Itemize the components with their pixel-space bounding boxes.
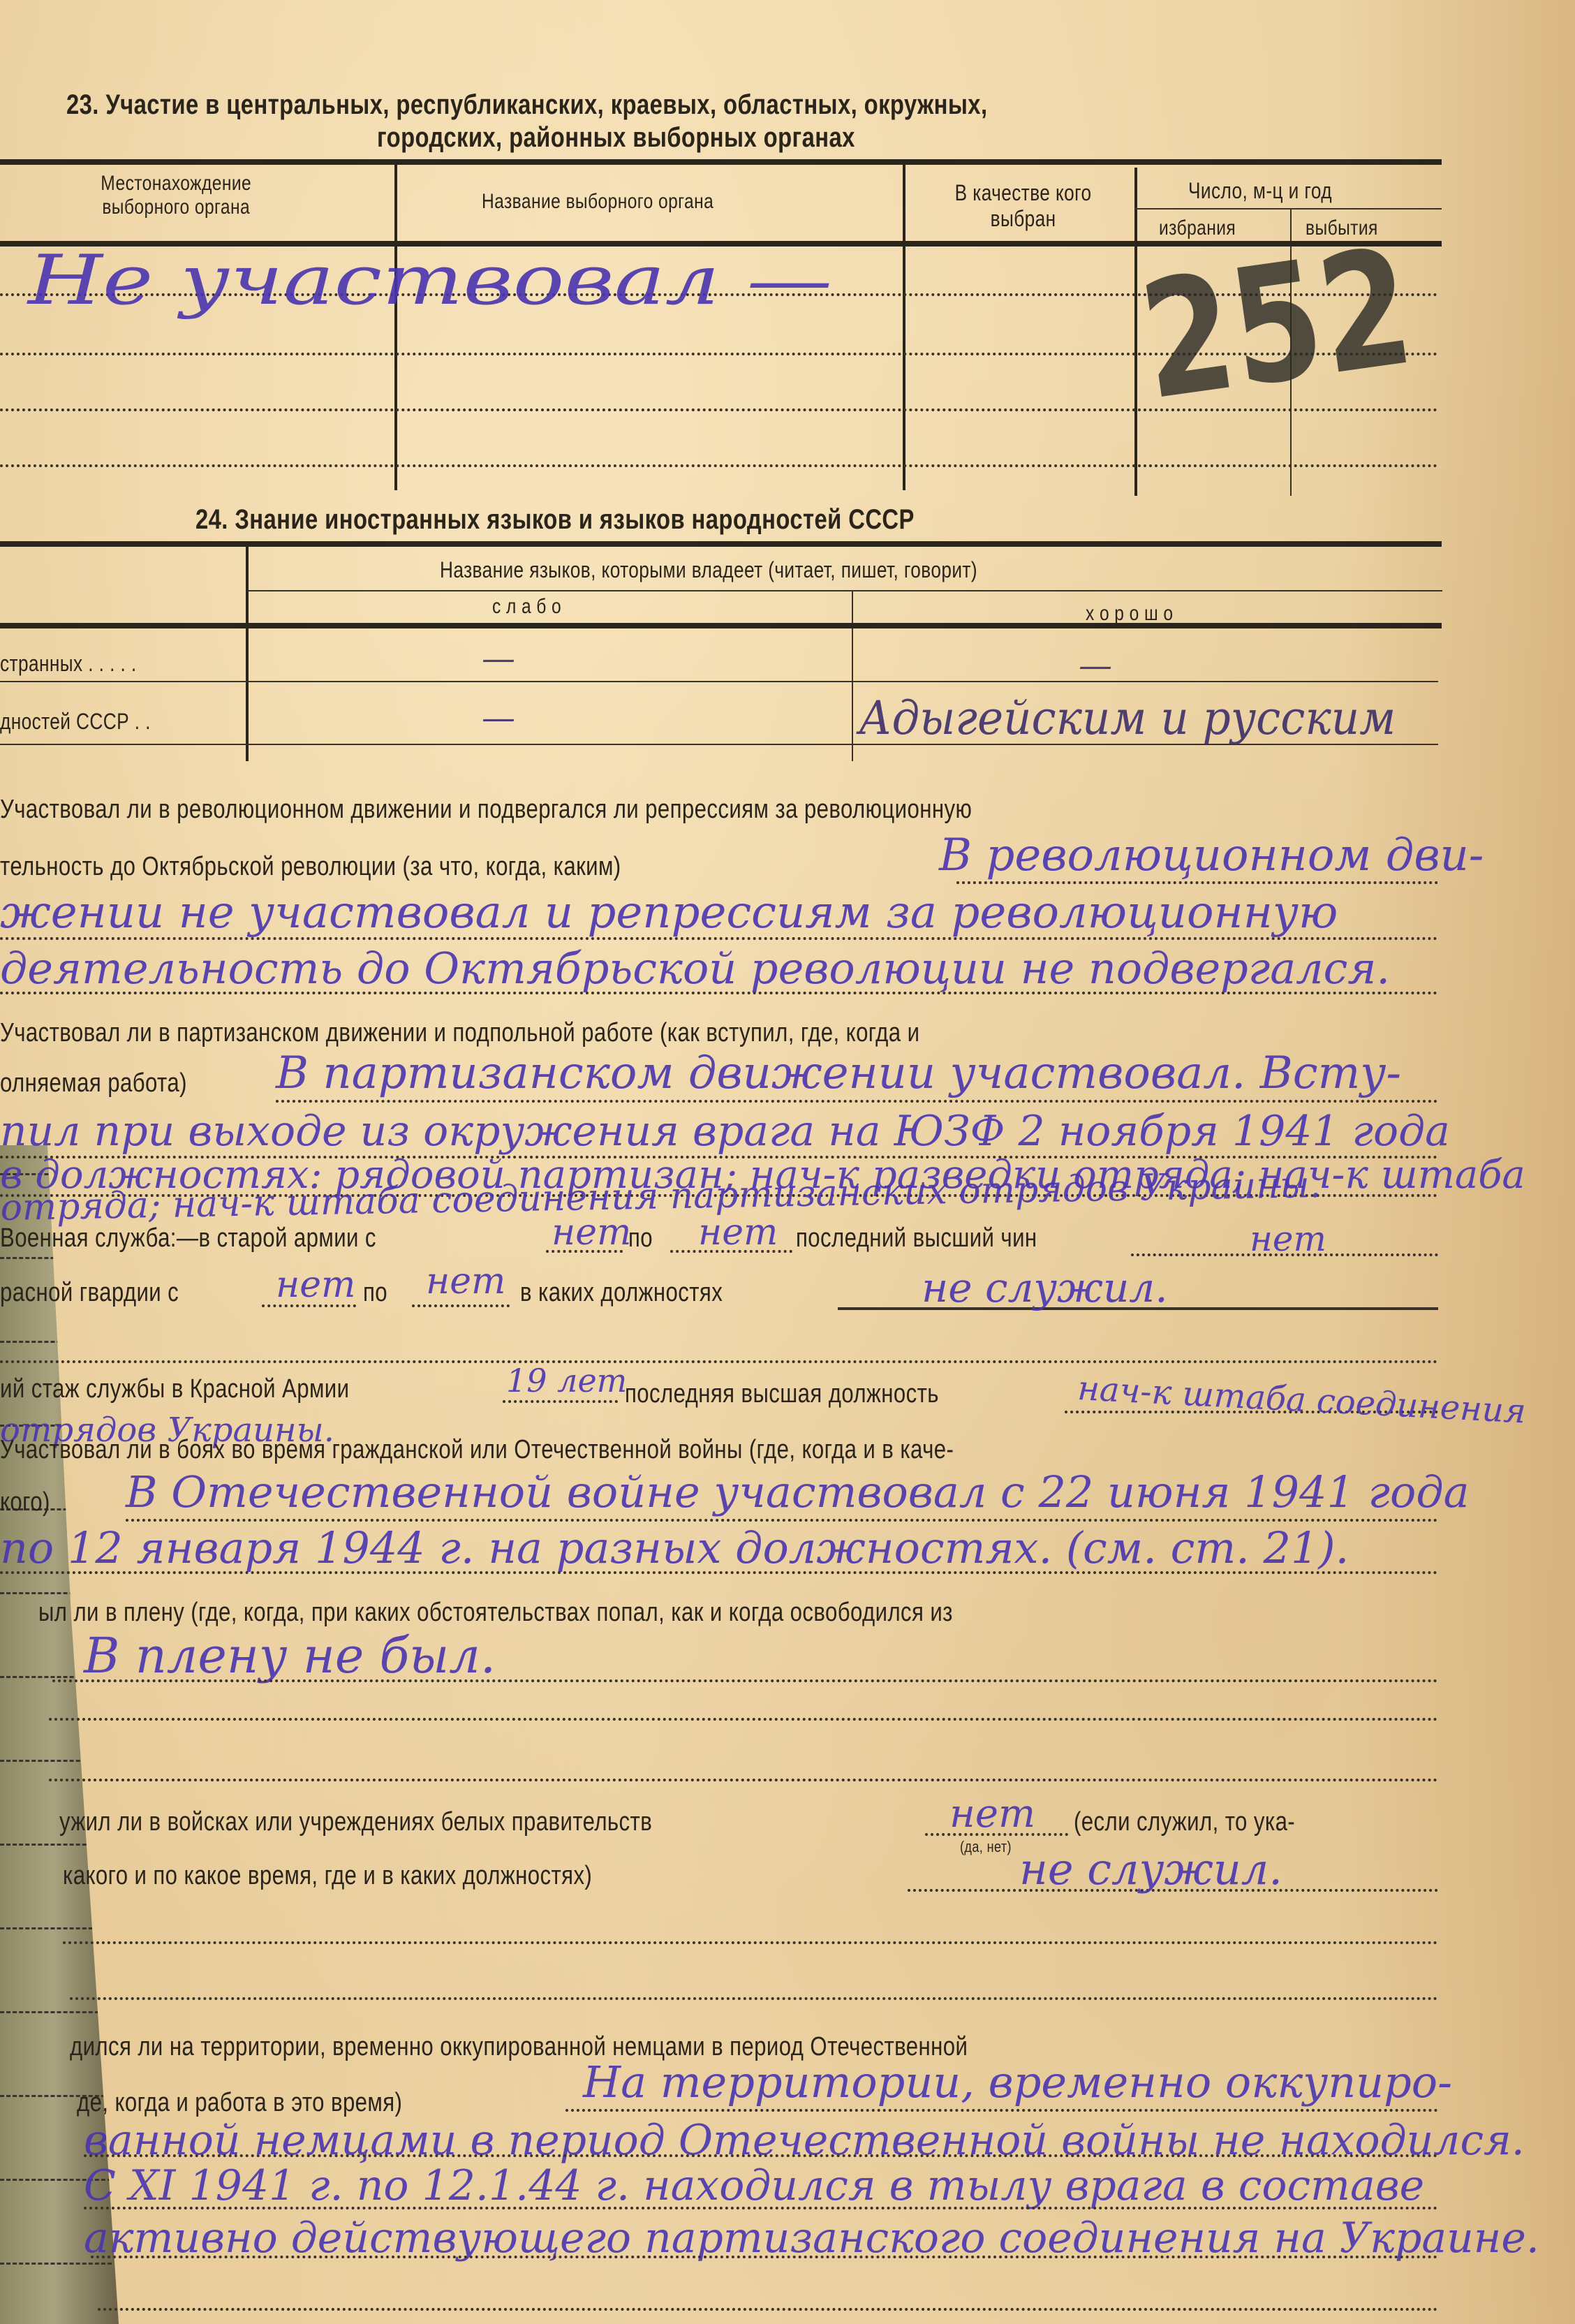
answer-line bbox=[98, 2308, 1438, 2311]
q-white-line1-end: (если служил, то ука- bbox=[1074, 1807, 1295, 1837]
q-partisan-line2: олняемая работа) bbox=[0, 1068, 187, 1098]
table23-date-divider bbox=[1134, 208, 1442, 209]
q-red-guard-positions-label: в каких должностях bbox=[520, 1278, 723, 1308]
answer-line bbox=[91, 2256, 1438, 2258]
q-revolution-answer-3: деятельность до Октябрьской революции не… bbox=[0, 943, 1390, 994]
answer-line bbox=[52, 1679, 1438, 1682]
q-war-line1: Участвовал ли в боях во время гражданско… bbox=[0, 1435, 954, 1465]
q-war-line2: кого) bbox=[0, 1487, 50, 1517]
q-war-answer-2: по 12 января 1944 г. на разных должностя… bbox=[0, 1522, 1349, 1573]
table23-row-line bbox=[0, 464, 1438, 467]
q-white-answer: не служил. bbox=[1019, 1844, 1282, 1895]
section-23-title: 23. Участие в центральных, республиканск… bbox=[66, 89, 987, 121]
section-23-answer: Не участвовал — bbox=[28, 241, 832, 321]
answer-line bbox=[276, 1100, 1438, 1103]
q-partisan-answer-1: В партизанском движении участвовал. Всту… bbox=[276, 1047, 1401, 1099]
q-revolution-line2: тельность до Октябрьской революции (за ч… bbox=[0, 852, 621, 882]
col-header-location: Местонахождениевыборного органа bbox=[56, 172, 296, 219]
section-23-title-cont: городских, районных выборных органах bbox=[377, 122, 855, 154]
lang-row-label-foreign: странных . . . . . bbox=[0, 651, 137, 677]
q-red-guard-to-value: нет bbox=[426, 1260, 505, 1302]
col-header-name: Название выборного органа bbox=[482, 190, 713, 214]
table23-top-rule bbox=[0, 159, 1442, 165]
col-header-role: В качестве коговыбран bbox=[920, 180, 1126, 232]
q-military-from-value: нет bbox=[552, 1212, 631, 1253]
lang-row-foreign-good: — bbox=[1079, 646, 1112, 685]
answer-line bbox=[565, 2109, 1438, 2112]
answer-line bbox=[84, 2207, 1438, 2209]
q-partisan-line1: Участвовал ли в партизанском движении и … bbox=[0, 1018, 919, 1048]
q-partisan-answer-2: пил при выходе из окружения врага на ЮЗФ… bbox=[0, 1107, 1450, 1156]
q-red-army-label: ий стаж службы в Красной Армии bbox=[0, 1374, 349, 1404]
q-military-rank-value: нет bbox=[1250, 1219, 1326, 1259]
q-military-label: Военная служба:—в старой армии с bbox=[0, 1223, 376, 1253]
table24-header: Название языков, которыми владеет (читае… bbox=[440, 557, 977, 583]
col-header-weak: с л а б о bbox=[492, 595, 561, 619]
q-red-army-position-label: последняя высшая должность bbox=[625, 1379, 939, 1409]
field-line bbox=[503, 1400, 618, 1403]
q-occupied-answer-1: На территории, временно оккупиро- bbox=[583, 2057, 1452, 2108]
q-red-guard-label: расной гвардии с bbox=[0, 1278, 179, 1308]
section-24-title: 24. Знание иностранных языков и языков н… bbox=[195, 504, 915, 536]
answer-line bbox=[70, 1997, 1438, 2000]
answer-line bbox=[0, 937, 1438, 940]
answer-line bbox=[0, 1571, 1438, 1574]
lang-row-ussr-good: Адыгейским и русским bbox=[859, 691, 1396, 745]
q-occupied-answer-2: ванной немцами в период Отечественной во… bbox=[84, 2116, 1525, 2165]
lang-row-line bbox=[0, 744, 1438, 745]
q-occupied-answer-3: С XI 1941 г. по 12.1.44 г. находился в т… bbox=[84, 2161, 1424, 2210]
q-captivity-answer: В плену не был. bbox=[84, 1627, 496, 1684]
table24-header-rule bbox=[0, 623, 1442, 628]
answer-line bbox=[63, 1941, 1438, 1944]
q-red-army-value: 19 лет bbox=[506, 1362, 627, 1399]
q-white-line1: ужил ли в войсках или учреждениях белых … bbox=[59, 1807, 652, 1837]
q-red-guard-from-value: нет bbox=[276, 1264, 355, 1306]
q-military-to-value: нет bbox=[698, 1212, 778, 1253]
q-red-guard-positions-value: не служил. bbox=[922, 1264, 1168, 1311]
answer-line bbox=[126, 1519, 1438, 1522]
lang-row-line bbox=[0, 681, 1438, 682]
field-line bbox=[412, 1304, 510, 1307]
q-white-hint: (да, нет) bbox=[960, 1838, 1012, 1856]
q-white-line2: какого и по какое время, где и в каких д… bbox=[63, 1861, 592, 1891]
q-occupied-line2: де, когда и работа в это время) bbox=[77, 2088, 402, 2118]
answer-line bbox=[0, 1360, 1438, 1363]
q-white-value: нет bbox=[949, 1791, 1035, 1837]
col-header-dates: Число, м-ц и год bbox=[1188, 178, 1332, 204]
table24-col-divider bbox=[852, 590, 853, 761]
lang-row-label-ussr: дностей СССР . . bbox=[0, 709, 151, 735]
answer-line bbox=[49, 1779, 1438, 1781]
answer-line bbox=[0, 992, 1438, 994]
table23-col-divider bbox=[903, 162, 905, 490]
table24-header-divider bbox=[249, 590, 1442, 591]
lang-row-ussr-weak: — bbox=[482, 698, 515, 737]
q-revolution-answer-1: В революционном дви- bbox=[939, 830, 1484, 881]
table23-col-divider bbox=[394, 162, 397, 490]
col-header-elected: избрания bbox=[1159, 216, 1236, 240]
table24-top-rule bbox=[0, 541, 1442, 547]
answer-line bbox=[956, 881, 1438, 884]
answer-line bbox=[49, 1718, 1438, 1721]
archive-page-number: 252 bbox=[1131, 214, 1423, 436]
col-header-good: х о р о ш о bbox=[1086, 602, 1173, 626]
q-red-guard-to-label: по bbox=[363, 1278, 387, 1308]
q-revolution-line1: Участвовал ли в революционном движении и… bbox=[0, 795, 972, 825]
lang-row-foreign-weak: — bbox=[482, 639, 515, 678]
q-military-to-label: по bbox=[628, 1223, 653, 1253]
q-captivity-line1: ыл ли в плену (где, когда, при каких обс… bbox=[38, 1598, 953, 1628]
table23-col-divider bbox=[1134, 168, 1137, 496]
q-military-rank-label: последний высший чин bbox=[796, 1223, 1037, 1253]
answer-line bbox=[84, 2154, 1438, 2157]
q-war-answer-1: В Отечественной войне участвовал с 22 ию… bbox=[126, 1466, 1470, 1517]
q-revolution-answer-2: жении не участвовал и репрессиям за рево… bbox=[0, 887, 1338, 939]
table24-label-divider bbox=[246, 545, 249, 761]
